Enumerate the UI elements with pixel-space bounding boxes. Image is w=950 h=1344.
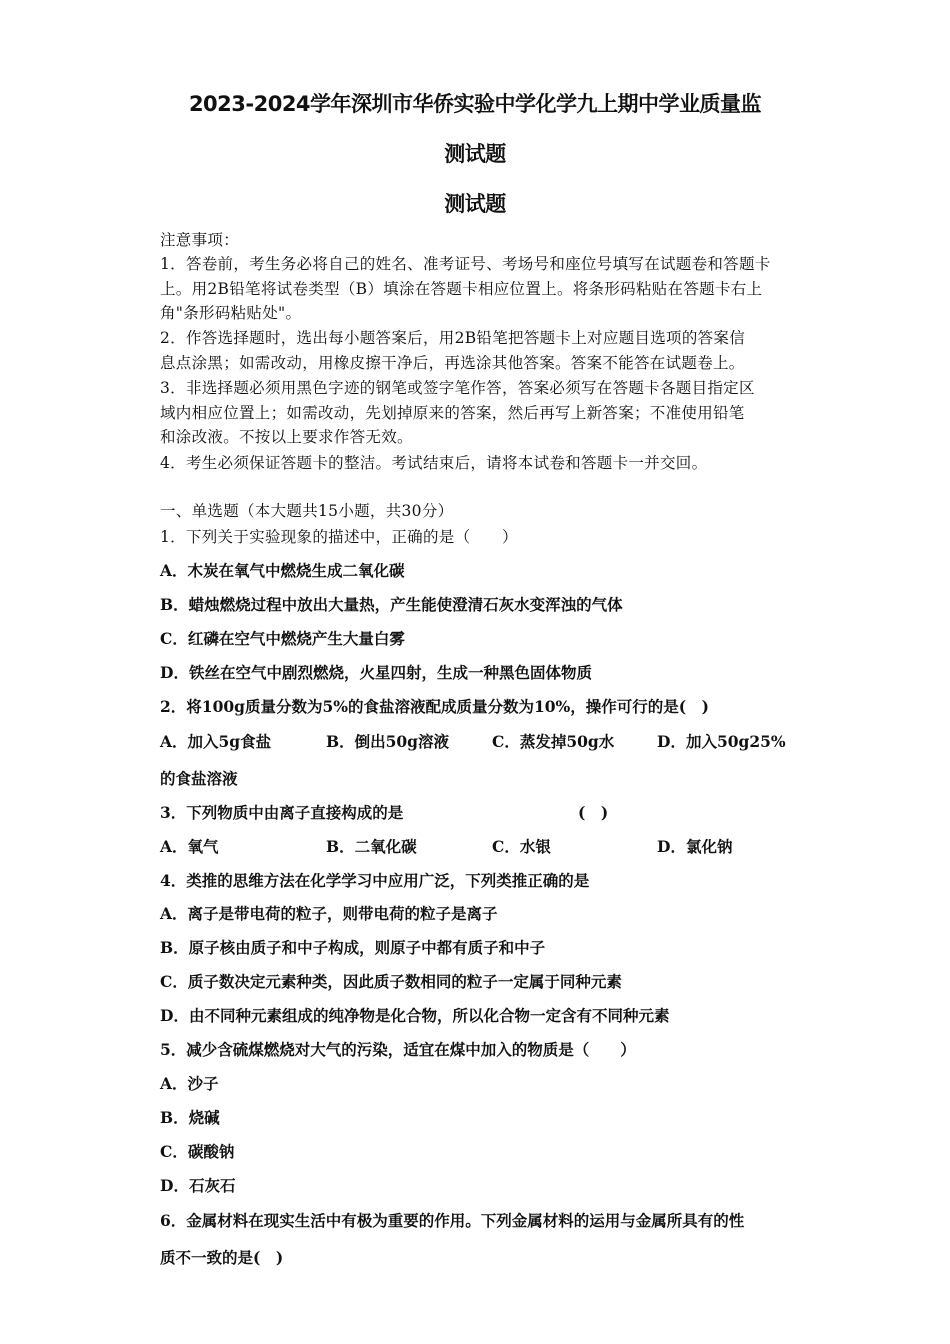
notice-line: 1．答卷前，考生务必将自己的姓名、准考证号、考场号和座位号填写在试题卷和答题卡 (160, 252, 771, 274)
question-option: A．氧气 (160, 835, 219, 857)
question-option: A．加入5g食盐 (160, 730, 271, 752)
question-option: D．铁丝在空气中剧烈燃烧，火星四射，生成一种黑色固体物质 (160, 661, 592, 683)
question-option: C．蒸发掉50g水 (492, 730, 614, 752)
document-title-line2: 测试题 (0, 138, 950, 168)
question-option: A．木炭在氧气中燃烧生成二氧化碳 (160, 559, 405, 581)
question-option: C．碳酸钠 (160, 1140, 234, 1162)
notice-line: 域内相应位置上；如需改动，先划掉原来的答案，然后再写上新答案；不准使用铅笔 (160, 401, 745, 423)
notice-line: 上。用2B铅笔将试卷类型（B）填涂在答题卡相应位置上。将条形码粘贴在答题卡右上 (160, 277, 762, 299)
question-option: D．由不同种元素组成的纯净物是化合物，所以化合物一定含有不同种元素 (160, 1004, 669, 1026)
question-option: C．水银 (492, 835, 551, 857)
question-option: D．石灰石 (160, 1174, 235, 1196)
section-heading: 一、单选题（本大题共15小题，共30分） (160, 499, 453, 521)
question-option: A．离子是带电荷的粒子，则带电荷的粒子是离子 (160, 902, 498, 924)
notice-line: 2．作答选择题时，选出每小题答案后，用2B铅笔把答题卡上对应题目选项的答案信 (160, 326, 745, 348)
question-stem: 2．将100g质量分数为5%的食盐溶液配成质量分数为10%，操作可行的是( ) (160, 695, 709, 717)
question-option: B．原子核由质子和中子构成，则原子中都有质子和中子 (160, 936, 545, 958)
question-option: C．红磷在空气中燃烧产生大量白雾 (160, 627, 405, 649)
question-option: B．倒出50g溶液 (326, 730, 449, 752)
question-option: D．加入50g25% (657, 730, 786, 752)
document-title-line1: 2023-2024学年深圳市华侨实验中学化学九上期中学业质量监 (0, 88, 950, 118)
question-stem: 6．金属材料在现实生活中有极为重要的作用。下列金属材料的运用与金属所具有的性 (160, 1209, 744, 1231)
notice-line: 4．考生必须保证答题卡的整洁。考试结束后，请将本试卷和答题卡一并交回。 (160, 451, 707, 473)
notice-heading: 注意事项： (160, 228, 239, 250)
question-option: B．烧碱 (160, 1106, 220, 1128)
question-option: D．氯化钠 (657, 835, 732, 857)
notice-line: 和涂改液。不按以上要求作答无效。 (160, 425, 413, 447)
question-option: A．沙子 (160, 1072, 219, 1094)
question-stem: 4．类推的思维方法在化学学习中应用广泛，下列类推正确的是 (160, 869, 589, 891)
notice-line: 角"条形码粘贴处"。 (160, 301, 301, 323)
question-stem: 5．减少含硫煤燃烧对大气的污染，适宜在煤中加入的物质是（ ） (160, 1038, 636, 1060)
notice-line: 3．非选择题必须用黑色字迹的钢笔或签字笔作答，答案必须写在答题卡各题目指定区 (160, 376, 755, 398)
document-title-line3: 测试题 (0, 188, 950, 218)
question-option-continuation: 的食盐溶液 (160, 767, 238, 789)
question-stem-continuation: 质不一致的是( ) (160, 1246, 283, 1268)
question-option: C．质子数决定元素种类，因此质子数相同的粒子一定属于同种元素 (160, 970, 622, 992)
answer-blank: ( ) (578, 801, 608, 823)
notice-line: 息点涂黑；如需改动，用橡皮擦干净后，再选涂其他答案。答案不能答在试题卷上。 (160, 351, 745, 373)
question-stem: 1．下列关于实验现象的描述中，正确的是（ ） (160, 525, 518, 547)
question-option: B．蜡烛燃烧过程中放出大量热，产生能使澄清石灰水变浑浊的气体 (160, 593, 623, 615)
question-option: B．二氧化碳 (326, 835, 417, 857)
question-stem: 3．下列物质中由离子直接构成的是 (160, 801, 403, 823)
